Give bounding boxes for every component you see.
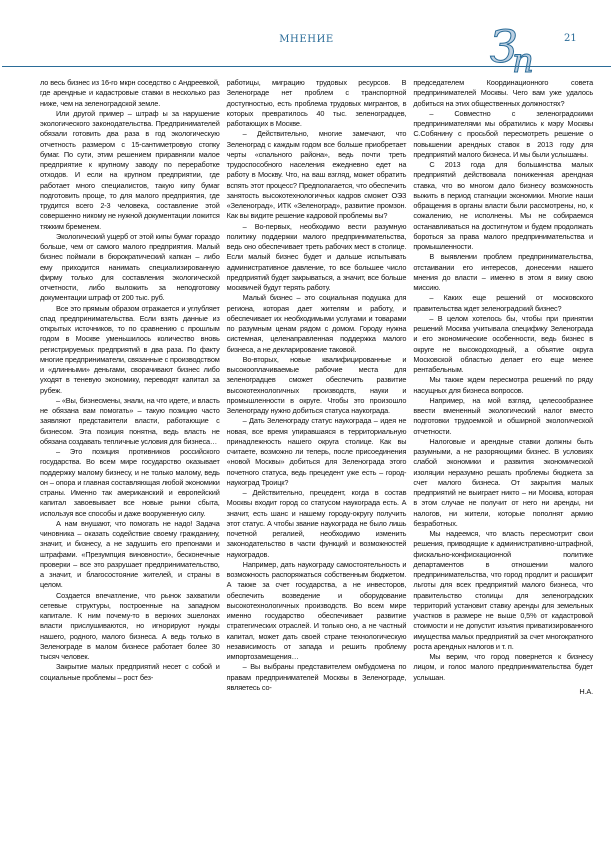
article-column-3: председателем Координационного совета пр… xyxy=(413,78,593,848)
author-signature: Н.А. xyxy=(413,687,593,697)
paragraph: Например, на мой взгляд, целесообразнее … xyxy=(413,396,593,437)
article-body: ло весь бизнес из 16-го мкрн соседство с… xyxy=(40,78,593,848)
paragraph: Малый бизнес – это социальная подушка дл… xyxy=(227,293,407,355)
paragraph: Во-вторых, новые квалифицированные и выс… xyxy=(227,355,407,417)
svg-text:п: п xyxy=(512,41,534,74)
paragraph: председателем Координационного совета пр… xyxy=(413,78,593,109)
article-column-1: ло весь бизнес из 16-го мкрн соседство с… xyxy=(40,78,220,848)
paragraph: – «Вы, бизнесмены, знали, на что идете, … xyxy=(40,396,220,447)
paragraph: – Действительно, прецедент, когда в сост… xyxy=(227,488,407,560)
paragraph: – Дать Зеленограду статус наукограда – и… xyxy=(227,416,407,488)
paragraph: Мы верим, что город повернется к бизнесу… xyxy=(413,652,593,683)
paragraph: Налоговые и арендные ставки должны быть … xyxy=(413,437,593,529)
header-divider xyxy=(2,66,611,67)
paragraph: – Действительно, многие замечают, что Зе… xyxy=(227,129,407,221)
paragraph: Все это прямым образом отражается и углу… xyxy=(40,304,220,396)
paragraph: С 2013 года для большинства малых предпр… xyxy=(413,160,593,252)
article-column-2: работицы, миграцию трудовых ресурсов. В … xyxy=(227,78,407,848)
paragraph: Мы надеемся, что власть пересмотрит свои… xyxy=(413,529,593,652)
paragraph: В выявлении проблем предпринимательства,… xyxy=(413,252,593,293)
page-number: 21 xyxy=(564,33,577,44)
paragraph: Например, дать наукограду самостоятельно… xyxy=(227,560,407,663)
paragraph: – Это позиция противников российского го… xyxy=(40,447,220,519)
paragraph: Экологический ущерб от этой кипы бумаг г… xyxy=(40,232,220,304)
paragraph: – Вы выбраны представителем омбудсмена п… xyxy=(227,662,407,693)
paragraph: – Совместно с зеленоградскими предприним… xyxy=(413,109,593,160)
paragraph: – Каких еще решений от московского прави… xyxy=(413,293,593,314)
paragraph: А нам внушают, что помогать не надо! Зад… xyxy=(40,519,220,591)
paragraph: Мы также ждем пересмотра решений по ряду… xyxy=(413,375,593,396)
paragraph: Или другой пример – штраф ы за нарушение… xyxy=(40,109,220,232)
paragraph: ло весь бизнес из 16-го мкрн соседство с… xyxy=(40,78,220,109)
page-header: МНЕНИЕ З п 21 xyxy=(0,0,613,80)
paragraph: – В целом хотелось бы, чтобы при приняти… xyxy=(413,314,593,376)
paragraph: работицы, миграцию трудовых ресурсов. В … xyxy=(227,78,407,129)
paragraph: Закрытие малых предприятий несет с собой… xyxy=(40,662,220,683)
paragraph: Создается впечатление, что рынок захвати… xyxy=(40,591,220,663)
paragraph: – Во-первых, необходимо вести разумную п… xyxy=(227,222,407,294)
